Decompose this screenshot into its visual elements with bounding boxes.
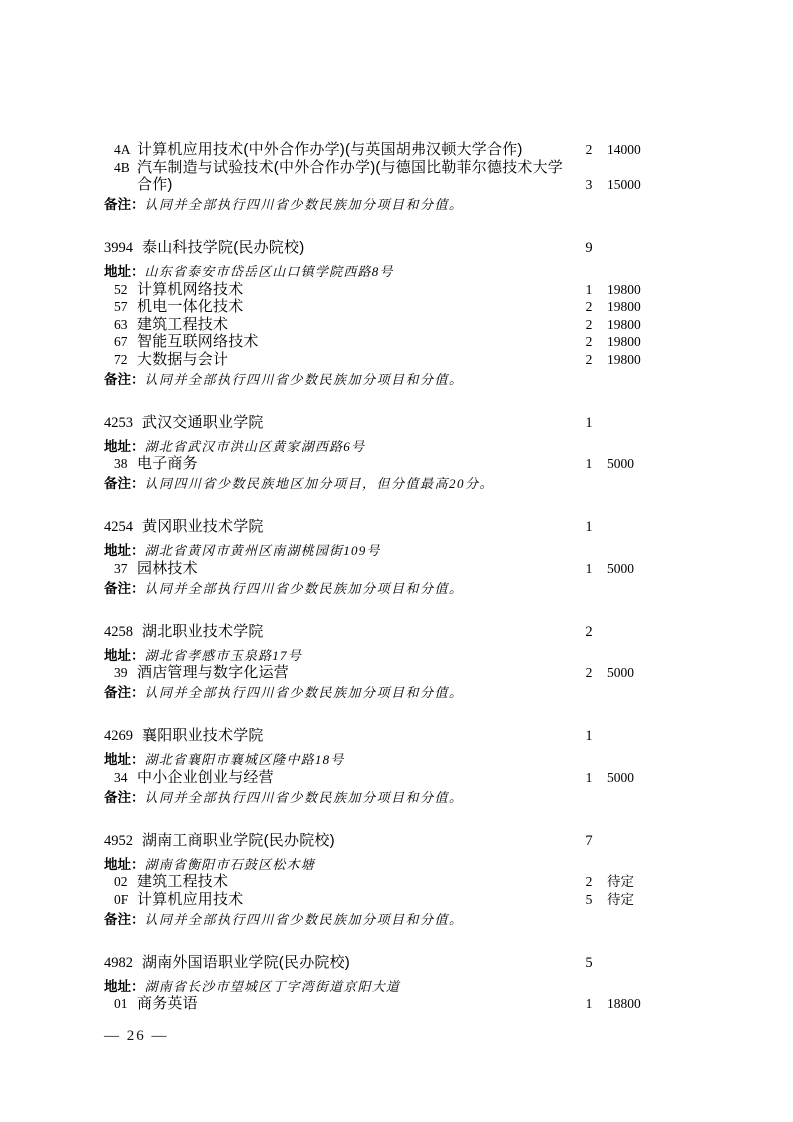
major-name: 计算机应用技术 <box>137 891 571 909</box>
college-total-quota: 1 <box>571 518 607 537</box>
college-name: 湖北职业技术学院 <box>142 622 571 641</box>
college-total-quota: 2 <box>571 623 607 642</box>
college-total-quota: 9 <box>571 239 607 258</box>
major-row: 38 电子商务 1 5000 <box>104 455 657 473</box>
college-total-quota: 5 <box>571 954 607 973</box>
college-code: 4269 <box>104 727 142 746</box>
college-header: 4254 黄冈职业技术学院 1 <box>104 517 657 537</box>
major-quota: 1 <box>571 560 607 578</box>
college-total-quota: 1 <box>571 414 607 433</box>
major-quota: 1 <box>571 281 607 299</box>
major-name: 酒店管理与数字化运营 <box>137 664 571 682</box>
note-label: 备注： <box>104 685 145 700</box>
major-fee: 19800 <box>607 351 657 369</box>
college-header: 4258 湖北职业技术学院 2 <box>104 622 657 642</box>
major-name: 智能互联网络技术 <box>137 333 571 351</box>
major-quota: 2 <box>571 351 607 369</box>
major-fee: 5000 <box>607 455 657 473</box>
note-text: 认同并全部执行四川省少数民族加分项目和分值。 <box>145 790 464 805</box>
college-total-quota: 1 <box>571 727 607 746</box>
college-address-line: 地址：湖北省黄冈市黄州区南湖桃园街109号 <box>104 542 657 560</box>
note-label: 备注： <box>104 372 145 387</box>
note-line: 备注：认同并全部执行四川省少数民族加分项目和分值。 <box>104 788 657 807</box>
college-name: 武汉交通职业学院 <box>142 413 571 432</box>
major-name: 建筑工程技术 <box>137 316 571 334</box>
college-code: 4982 <box>104 954 142 973</box>
major-quota: 2 <box>571 298 607 316</box>
college-address-line: 地址：湖北省武汉市洪山区黄家湖西路6号 <box>104 438 657 456</box>
major-row: 63 建筑工程技术 2 19800 <box>104 316 657 334</box>
major-name: 计算机网络技术 <box>137 281 571 299</box>
college-name: 湖南外国语职业学院(民办院校) <box>142 953 571 972</box>
address-text: 湖北省襄阳市襄城区隆中路18号 <box>145 752 345 767</box>
major-row: 02 建筑工程技术 2 待定 <box>104 873 657 891</box>
note-label: 备注： <box>104 476 145 491</box>
address-text: 湖北省黄冈市黄州区南湖桃园街109号 <box>145 543 381 558</box>
major-code: 72 <box>114 351 137 369</box>
major-row: 67 智能互联网络技术 2 19800 <box>104 333 657 351</box>
major-quota: 5 <box>571 891 607 909</box>
major-row: 0F 计算机应用技术 5 待定 <box>104 891 657 909</box>
college-code: 4254 <box>104 518 142 537</box>
major-code: 4B <box>114 159 137 177</box>
major-name: 园林技术 <box>137 560 571 578</box>
note-line: 备注：认同并全部执行四川省少数民族加分项目和分值。 <box>104 195 657 214</box>
note-text: 认同四川省少数民族地区加分项目，但分值最高20分。 <box>145 476 495 491</box>
major-row: 72 大数据与会计 2 19800 <box>104 351 657 369</box>
address-text: 湖南省长沙市望城区丁字湾街道京阳大道 <box>145 979 401 994</box>
major-row: 01 商务英语 1 18800 <box>104 995 657 1013</box>
college-name: 襄阳职业技术学院 <box>142 726 571 745</box>
major-name: 计算机应用技术(中外合作办学)(与英国胡弗汉顿大学合作) <box>137 141 571 159</box>
college-block: 4952 湖南工商职业学院(民办院校) 7 地址：湖南省衡阳市石鼓区松木塘 02… <box>104 831 657 929</box>
college-header: 4952 湖南工商职业学院(民办院校) 7 <box>104 831 657 851</box>
major-fee: 19800 <box>607 316 657 334</box>
address-label: 地址： <box>104 648 145 663</box>
page-content: 4A 计算机应用技术(中外合作办学)(与英国胡弗汉顿大学合作) 2 14000 … <box>104 141 657 1013</box>
major-code: 01 <box>114 995 137 1013</box>
college-name: 湖南工商职业学院(民办院校) <box>142 831 571 850</box>
major-fee: 14000 <box>607 141 657 159</box>
college-header: 3994 泰山科技学院(民办院校) 9 <box>104 238 657 258</box>
major-name: 商务英语 <box>137 995 571 1013</box>
note-line: 备注：认同并全部执行四川省少数民族加分项目和分值。 <box>104 370 657 389</box>
college-code: 3994 <box>104 239 142 258</box>
note-line: 备注：认同四川省少数民族地区加分项目，但分值最高20分。 <box>104 474 657 493</box>
major-name: 建筑工程技术 <box>137 873 571 891</box>
major-fee: 15000 <box>607 176 657 194</box>
major-quota: 2 <box>571 873 607 891</box>
document-page: 4A 计算机应用技术(中外合作办学)(与英国胡弗汉顿大学合作) 2 14000 … <box>0 0 793 1122</box>
college-block: 4253 武汉交通职业学院 1 地址：湖北省武汉市洪山区黄家湖西路6号 38 电… <box>104 413 657 494</box>
major-list: 4A 计算机应用技术(中外合作办学)(与英国胡弗汉顿大学合作) 2 14000 … <box>104 141 657 194</box>
major-name: 中小企业创业与经营 <box>137 769 571 787</box>
note-text: 认同并全部执行四川省少数民族加分项目和分值。 <box>145 685 464 700</box>
major-quota: 1 <box>571 455 607 473</box>
major-name: 电子商务 <box>137 455 571 473</box>
major-fee: 5000 <box>607 664 657 682</box>
major-code: 52 <box>114 281 137 299</box>
address-text: 湖北省孝感市玉泉路17号 <box>145 648 302 663</box>
college-code: 4253 <box>104 414 142 433</box>
college-address-line: 地址：山东省泰安市岱岳区山口镇学院西路8号 <box>104 263 657 281</box>
college-code: 4258 <box>104 623 142 642</box>
major-row: 52 计算机网络技术 1 19800 <box>104 281 657 299</box>
note-label: 备注： <box>104 790 145 805</box>
major-name: 机电一体化技术 <box>137 298 571 316</box>
college-list: 3994 泰山科技学院(民办院校) 9 地址：山东省泰安市岱岳区山口镇学院西路8… <box>104 238 657 1013</box>
note-text: 认同并全部执行四川省少数民族加分项目和分值。 <box>145 197 464 212</box>
college-code: 4952 <box>104 832 142 851</box>
address-label: 地址： <box>104 979 145 994</box>
major-code: 0F <box>114 891 137 909</box>
major-code: 39 <box>114 664 137 682</box>
major-code: 37 <box>114 560 137 578</box>
major-list: 01 商务英语 1 18800 <box>104 995 657 1013</box>
major-row: 34 中小企业创业与经营 1 5000 <box>104 769 657 787</box>
note-text: 认同并全部执行四川省少数民族加分项目和分值。 <box>145 372 464 387</box>
college-block: 4254 黄冈职业技术学院 1 地址：湖北省黄冈市黄州区南湖桃园街109号 37… <box>104 517 657 598</box>
major-list: 37 园林技术 1 5000 <box>104 560 657 578</box>
address-label: 地址： <box>104 752 145 767</box>
major-fee: 5000 <box>607 560 657 578</box>
college-address-line: 地址：湖北省孝感市玉泉路17号 <box>104 647 657 665</box>
college-address-line: 地址：湖南省衡阳市石鼓区松木塘 <box>104 856 657 874</box>
major-list: 52 计算机网络技术 1 19800 57 机电一体化技术 2 19800 63… <box>104 281 657 369</box>
address-text: 湖南省衡阳市石鼓区松木塘 <box>145 857 315 872</box>
college-block: 4982 湖南外国语职业学院(民办院校) 5 地址：湖南省长沙市望城区丁字湾街道… <box>104 953 657 1013</box>
major-code: 34 <box>114 769 137 787</box>
college-header: 4982 湖南外国语职业学院(民办院校) 5 <box>104 953 657 973</box>
major-fee: 待定 <box>607 891 657 909</box>
major-row: 39 酒店管理与数字化运营 2 5000 <box>104 664 657 682</box>
note-text: 认同并全部执行四川省少数民族加分项目和分值。 <box>145 912 464 927</box>
major-code: 02 <box>114 873 137 891</box>
major-row: 4A 计算机应用技术(中外合作办学)(与英国胡弗汉顿大学合作) 2 14000 <box>104 141 657 159</box>
major-name: 汽车制造与试验技术(中外合作办学)(与德国比勒菲尔德技术大学合作) <box>137 159 571 194</box>
major-quota: 1 <box>571 769 607 787</box>
major-quota: 2 <box>571 141 607 159</box>
address-text: 山东省泰安市岱岳区山口镇学院西路8号 <box>145 264 394 279</box>
college-total-quota: 7 <box>571 832 607 851</box>
page-number: — 26 — <box>104 1028 169 1045</box>
major-code: 67 <box>114 333 137 351</box>
major-list: 38 电子商务 1 5000 <box>104 455 657 473</box>
note-label: 备注： <box>104 912 145 927</box>
major-quota: 2 <box>571 316 607 334</box>
major-quota: 1 <box>571 995 607 1013</box>
major-fee: 待定 <box>607 873 657 891</box>
address-label: 地址： <box>104 857 145 872</box>
major-quota: 2 <box>571 333 607 351</box>
college-block: 4269 襄阳职业技术学院 1 地址：湖北省襄阳市襄城区隆中路18号 34 中小… <box>104 726 657 807</box>
major-list: 39 酒店管理与数字化运营 2 5000 <box>104 664 657 682</box>
college-name: 黄冈职业技术学院 <box>142 517 571 536</box>
major-fee: 18800 <box>607 995 657 1013</box>
note-line: 备注：认同并全部执行四川省少数民族加分项目和分值。 <box>104 910 657 929</box>
college-address-line: 地址：湖北省襄阳市襄城区隆中路18号 <box>104 751 657 769</box>
major-fee: 19800 <box>607 298 657 316</box>
note-line: 备注：认同并全部执行四川省少数民族加分项目和分值。 <box>104 579 657 598</box>
major-fee: 19800 <box>607 333 657 351</box>
major-fee: 5000 <box>607 769 657 787</box>
address-label: 地址： <box>104 543 145 558</box>
college-block: 4258 湖北职业技术学院 2 地址：湖北省孝感市玉泉路17号 39 酒店管理与… <box>104 622 657 703</box>
major-code: 63 <box>114 316 137 334</box>
college-block: 3994 泰山科技学院(民办院校) 9 地址：山东省泰安市岱岳区山口镇学院西路8… <box>104 238 657 389</box>
major-code: 38 <box>114 455 137 473</box>
major-list: 34 中小企业创业与经营 1 5000 <box>104 769 657 787</box>
note-text: 认同并全部执行四川省少数民族加分项目和分值。 <box>145 581 464 596</box>
college-block-continued: 4A 计算机应用技术(中外合作办学)(与英国胡弗汉顿大学合作) 2 14000 … <box>104 141 657 214</box>
major-code: 57 <box>114 298 137 316</box>
major-code: 4A <box>114 141 137 159</box>
major-row: 57 机电一体化技术 2 19800 <box>104 298 657 316</box>
address-label: 地址： <box>104 439 145 454</box>
college-address-line: 地址：湖南省长沙市望城区丁字湾街道京阳大道 <box>104 978 657 996</box>
major-fee: 19800 <box>607 281 657 299</box>
major-quota: 3 <box>571 176 607 194</box>
college-header: 4269 襄阳职业技术学院 1 <box>104 726 657 746</box>
major-row: 37 园林技术 1 5000 <box>104 560 657 578</box>
note-label: 备注： <box>104 197 145 212</box>
major-list: 02 建筑工程技术 2 待定 0F 计算机应用技术 5 待定 <box>104 873 657 908</box>
major-name: 大数据与会计 <box>137 351 571 369</box>
address-label: 地址： <box>104 264 145 279</box>
college-name: 泰山科技学院(民办院校) <box>142 238 571 257</box>
note-line: 备注：认同并全部执行四川省少数民族加分项目和分值。 <box>104 683 657 702</box>
college-header: 4253 武汉交通职业学院 1 <box>104 413 657 433</box>
note-label: 备注： <box>104 581 145 596</box>
major-quota: 2 <box>571 664 607 682</box>
major-row: 4B 汽车制造与试验技术(中外合作办学)(与德国比勒菲尔德技术大学合作) 3 1… <box>104 159 657 194</box>
address-text: 湖北省武汉市洪山区黄家湖西路6号 <box>145 439 366 454</box>
